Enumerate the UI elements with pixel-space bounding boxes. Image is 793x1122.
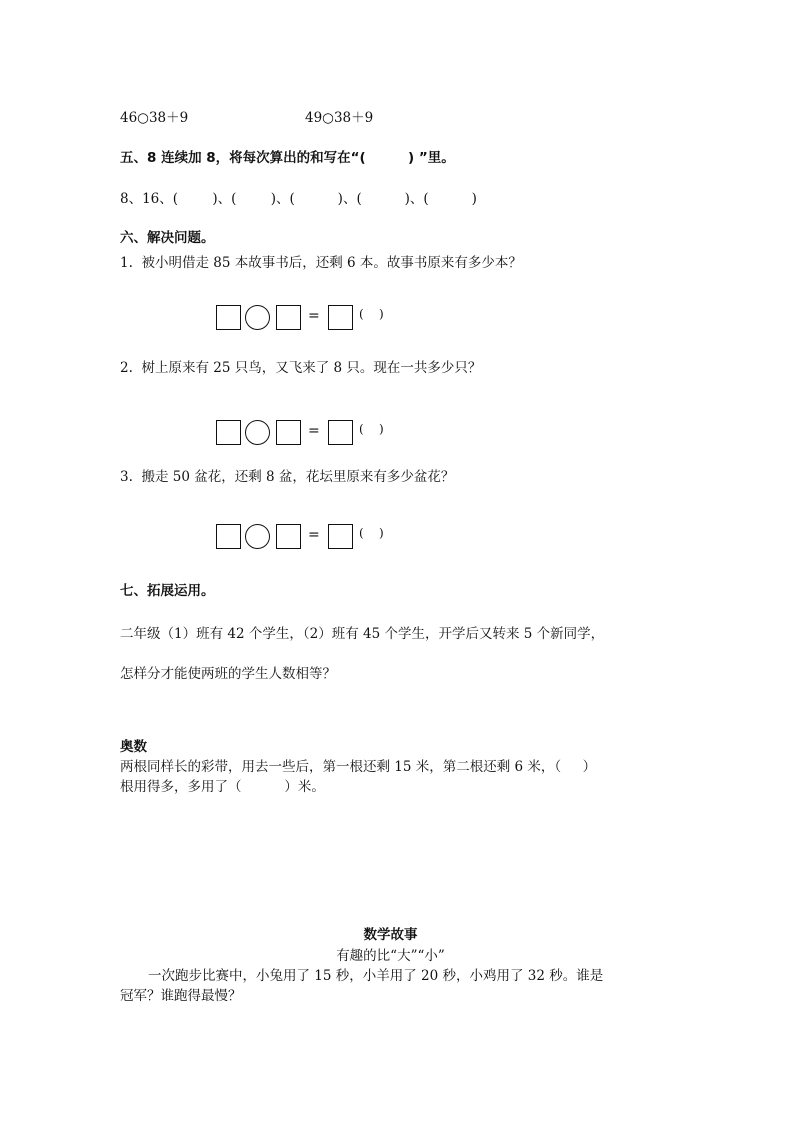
result-box[interactable] [328, 305, 353, 330]
olympiad-line-1: 两根同样长的彩带，用去一些后，第一根还剩 15 米，第二根还剩 6 米，（ ） [120, 757, 596, 777]
answer-box[interactable] [276, 420, 301, 445]
answer-box[interactable] [216, 420, 241, 445]
operator-circle[interactable] [245, 420, 270, 445]
olympiad-heading: 奥数 [120, 737, 147, 757]
section5-heading: 五、8 连续加 8，将每次算出的和写在“( ) ”里。 [120, 148, 455, 168]
olympiad-line-2: 根用得多，多用了（ ）米。 [120, 777, 325, 797]
compare-expression-1: 46○38＋9 [120, 108, 188, 128]
story-line-2: 冠军？谁跑得最慢？ [120, 986, 242, 1006]
problem-2-text: 2. 树上原来有 25 只鸟，又飞来了 8 只。现在一共多少只？ [120, 358, 481, 378]
equals-sign: = [308, 308, 320, 324]
problem-1-text: 1. 被小明借走 85 本故事书后，还剩 6 本。故事书原来有多少本？ [120, 253, 522, 273]
story-title: 数学故事 [0, 925, 787, 945]
problem-3-text: 3. 搬走 50 盆花，还剩 8 盆，花坛里原来有多少盆花？ [120, 467, 454, 487]
section6-heading: 六、解决问题。 [120, 228, 215, 248]
result-box[interactable] [328, 524, 353, 549]
answer-box[interactable] [276, 305, 301, 330]
equals-sign: = [308, 423, 320, 439]
section7-line-2: 怎样分才能使两班的学生人数相等？ [120, 664, 336, 684]
section7-line-1: 二年级（1）班有 42 个学生，（2）班有 45 个学生，开学后又转来 5 个新… [120, 624, 604, 644]
story-subtitle: 有趣的比“大”“小” [0, 946, 787, 966]
answer-box[interactable] [216, 524, 241, 549]
section5-sequence: 8、16、( )、( )、( )、( )、( ) [120, 189, 477, 209]
answer-box[interactable] [216, 305, 241, 330]
operator-circle[interactable] [245, 524, 270, 549]
result-box[interactable] [328, 420, 353, 445]
story-line-1: 一次跑步比赛中，小兔用了 15 秒，小羊用了 20 秒，小鸡用了 32 秒。谁是 [148, 966, 603, 986]
unit-blank[interactable]: ( ) [359, 422, 384, 436]
equals-sign: = [308, 527, 320, 543]
answer-box[interactable] [276, 524, 301, 549]
unit-blank[interactable]: ( ) [359, 526, 384, 540]
section7-heading: 七、拓展运用。 [120, 581, 215, 601]
unit-blank[interactable]: ( ) [359, 307, 384, 321]
operator-circle[interactable] [245, 305, 270, 330]
compare-expression-2: 49○38＋9 [305, 108, 373, 128]
